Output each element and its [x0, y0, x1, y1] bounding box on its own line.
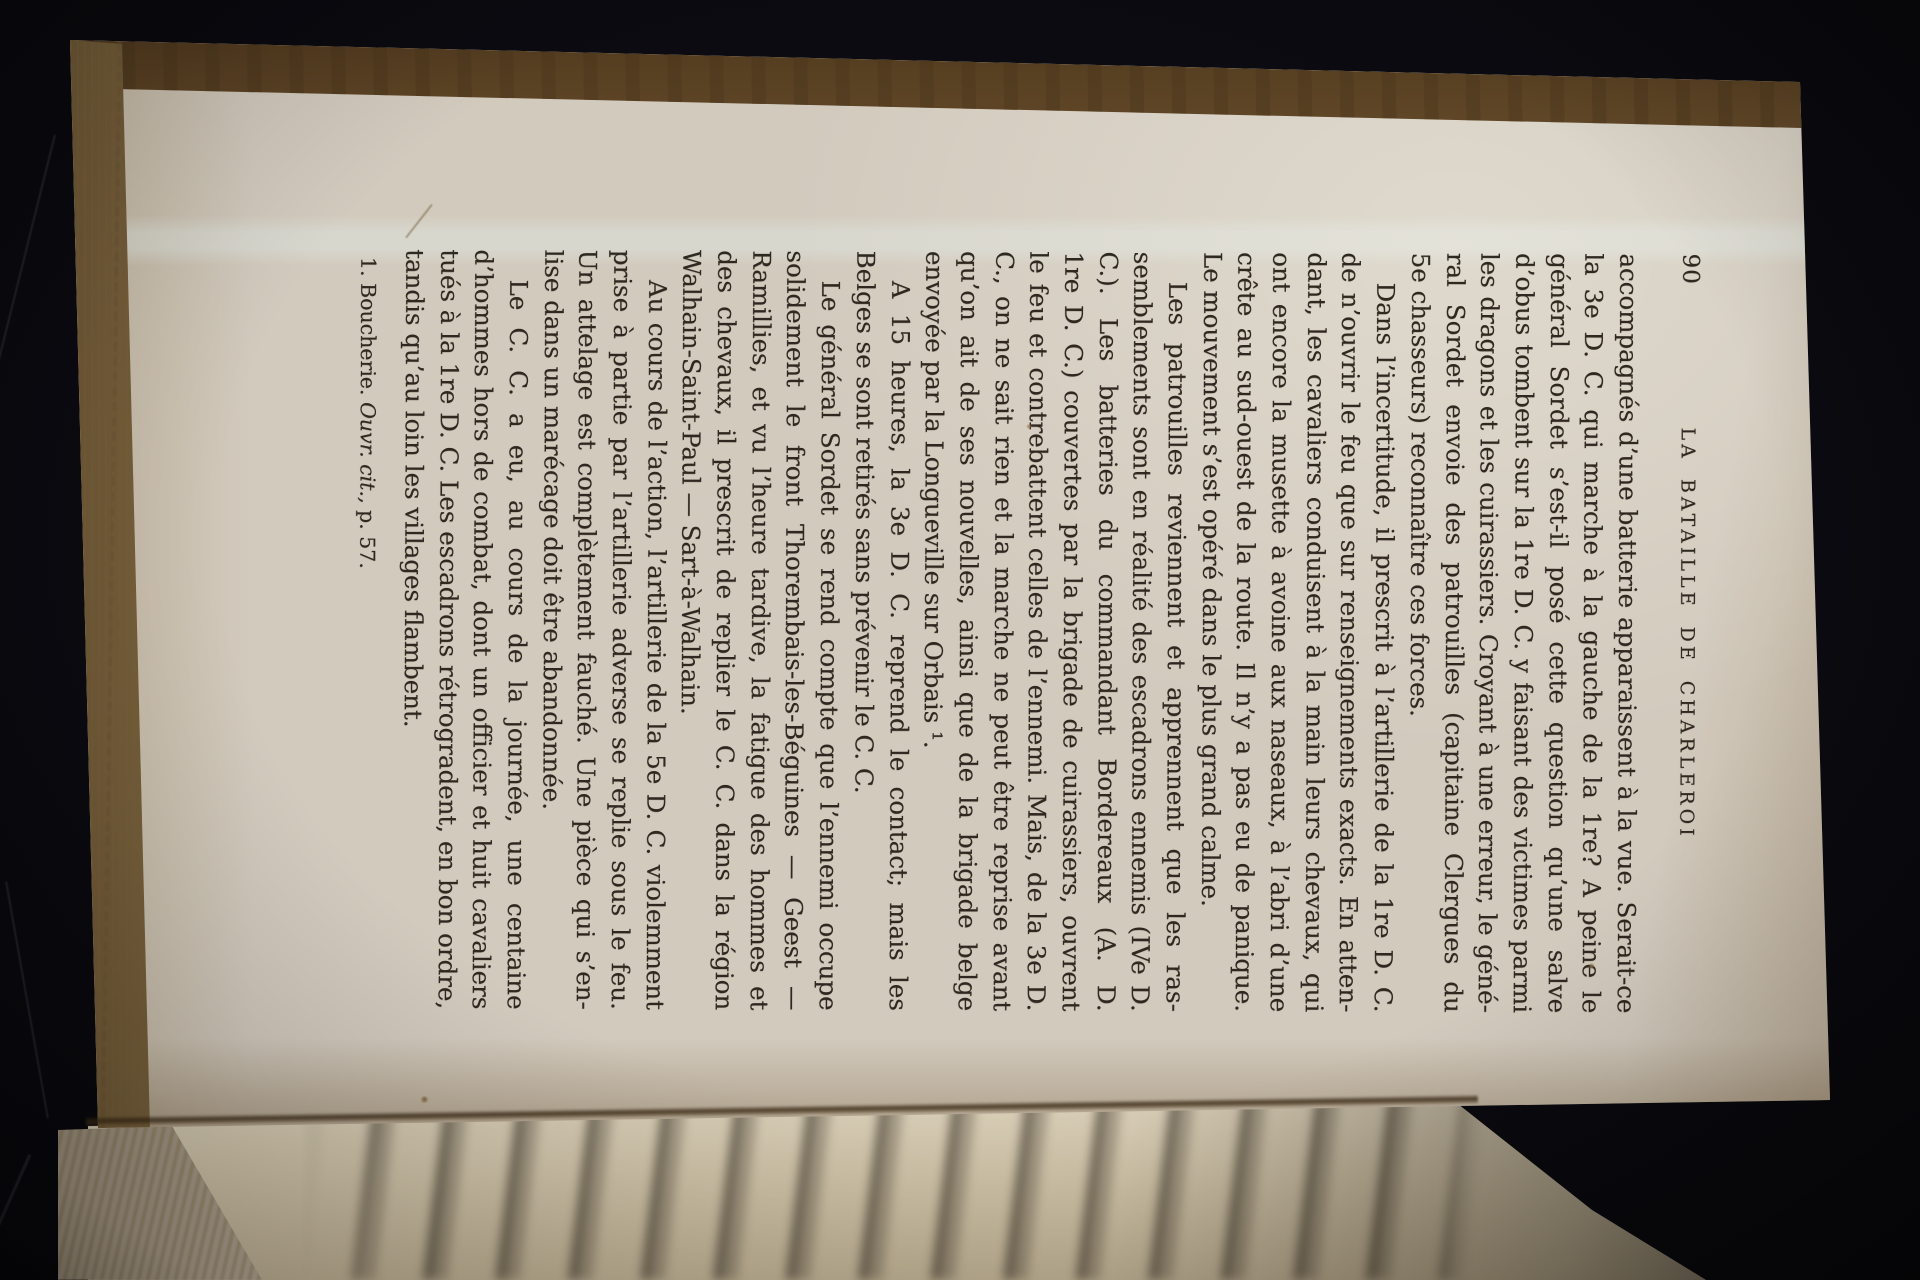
text-line: de n’ouvrir le feu que sur renseignement…: [1331, 252, 1368, 1012]
text-line: Walhain-Saint-Paul — Sart-à-Walhain.: [671, 250, 708, 1010]
paper-speck: [420, 1096, 429, 1103]
paragraph: Dans l’incertitude, il prescrit à l’arti…: [1192, 252, 1403, 1013]
text-line: A 15 heures, la 3e D. C. reprend le cont…: [880, 251, 917, 1011]
text-line: Le général Sordet se rend compte que l’e…: [810, 250, 847, 1010]
text-line: lise dans un marécage doit être abandonn…: [533, 250, 570, 1010]
text-line: ral Sordet envoie des patrouilles (capit…: [1435, 253, 1472, 1013]
text-line: tandis qu’au loin les villages flambent.: [394, 249, 431, 1009]
text-line: général Sordet s’est-il posé cette quest…: [1539, 253, 1576, 1013]
text-line: Au cours de l’action, l’artillerie de la…: [637, 250, 674, 1010]
background-scratch: [5, 882, 49, 1119]
text-line: le feu et contrebattent celles de l’enne…: [1018, 251, 1055, 1011]
body-text: accompagnés d’une batterie apparaissent …: [394, 249, 1645, 1013]
text-line: d’obus tombent sur la 1re D. C. y faisan…: [1504, 253, 1541, 1013]
paper-speck: [1588, 963, 1595, 969]
text-line: des chevaux, il prescrit de replier le C…: [706, 250, 743, 1010]
text-line: la 3e D. C. qui marche à la gauche de la…: [1573, 253, 1610, 1013]
running-title: LA BATAILLE DE CHARLEROI: [1675, 254, 1700, 1014]
text-line: ont encore la musette à avoine aux nasea…: [1261, 252, 1298, 1012]
text-line: Dans l’incertitude, il prescrit à l’arti…: [1365, 252, 1402, 1012]
text-line: Ramillies, et vu l’heure tardive, la fat…: [741, 250, 778, 1010]
paragraph: Les patrouilles reviennent et apprennent…: [914, 251, 1194, 1012]
paragraph: A 15 heures, la 3e D. C. reprend le cont…: [845, 251, 917, 1011]
footnote: 1. Boucherie. Ouvr. cit., p. 57.: [351, 257, 383, 1009]
text-line: les dragons et les cuirassiers. Croyant …: [1469, 253, 1506, 1013]
blurred-text-columns: [300, 1098, 1500, 1280]
page-content: 90 LA BATAILLE DE CHARLEROI accompagnés …: [152, 70, 1816, 1086]
text-line: qu’on ait de ses nouvelles, ainsi que de…: [949, 251, 986, 1011]
text-line: crête au sud-ouest de la route. Il n’y a…: [1226, 252, 1263, 1012]
text-line: accompagnés d’une batterie apparaissent …: [1608, 253, 1645, 1013]
paragraph: Le général Sordet se rend compte que l’e…: [671, 250, 847, 1011]
footnote-page-ref: p. 57.: [356, 503, 380, 568]
paragraph: Le C. C. a eu, au cours de la journée, u…: [394, 249, 535, 1009]
text-line: envoyée par la Longueville sur Orbais ¹.: [914, 251, 951, 1011]
text-line: 1re D. C.) couvertes par la brigade de c…: [1053, 251, 1090, 1011]
background-scratch: [0, 135, 56, 456]
text-line: Un attelage est complètement fauché. Une…: [567, 250, 604, 1010]
page-header: 90 LA BATAILLE DE CHARLEROI: [1657, 253, 1704, 1013]
book-photograph: 90 LA BATAILLE DE CHARLEROI accompagnés …: [0, 0, 1920, 1280]
text-line: solidement le front Thorembais-les-Bégui…: [776, 250, 813, 1010]
text-line: semblements sont en réalité des escadron…: [1122, 252, 1159, 1012]
text-line: dant, les cavaliers conduisent à la main…: [1296, 252, 1333, 1012]
text-line: C., on ne sait rien et la marche ne peut…: [984, 251, 1021, 1011]
text-line: Belges se sont retirés sans prévenir le …: [845, 251, 882, 1011]
text-line: C.). Les batteries du commandant Bordere…: [1088, 251, 1125, 1011]
text-line: prise à partie par l’artillerie adverse …: [602, 250, 639, 1010]
text-line: Le mouvement s’est opéré dans le plus gr…: [1192, 252, 1229, 1012]
book-page: 90 LA BATAILLE DE CHARLEROI accompagnés …: [56, 26, 1848, 1138]
footnote-work-title: Ouvr. cit.,: [356, 402, 380, 504]
footnote-ref: 1. Boucherie.: [356, 257, 381, 402]
paragraph: Au cours de l’action, l’artillerie de la…: [533, 250, 674, 1010]
text-line: d’hommes hors de combat, dont un officie…: [463, 249, 500, 1009]
paper-speck: [1026, 424, 1032, 429]
text-line: tués à la 1re D. C. Les escadrons rétrog…: [429, 249, 466, 1009]
paragraph: accompagnés d’une batterie apparaissent …: [1400, 253, 1645, 1014]
text-line: Les patrouilles reviennent et apprennent…: [1157, 252, 1194, 1012]
text-line: 5e chasseurs) reconnaître ces forces.: [1400, 253, 1437, 1013]
text-line: Le C. C. a eu, au cours de la journée, u…: [498, 249, 535, 1009]
